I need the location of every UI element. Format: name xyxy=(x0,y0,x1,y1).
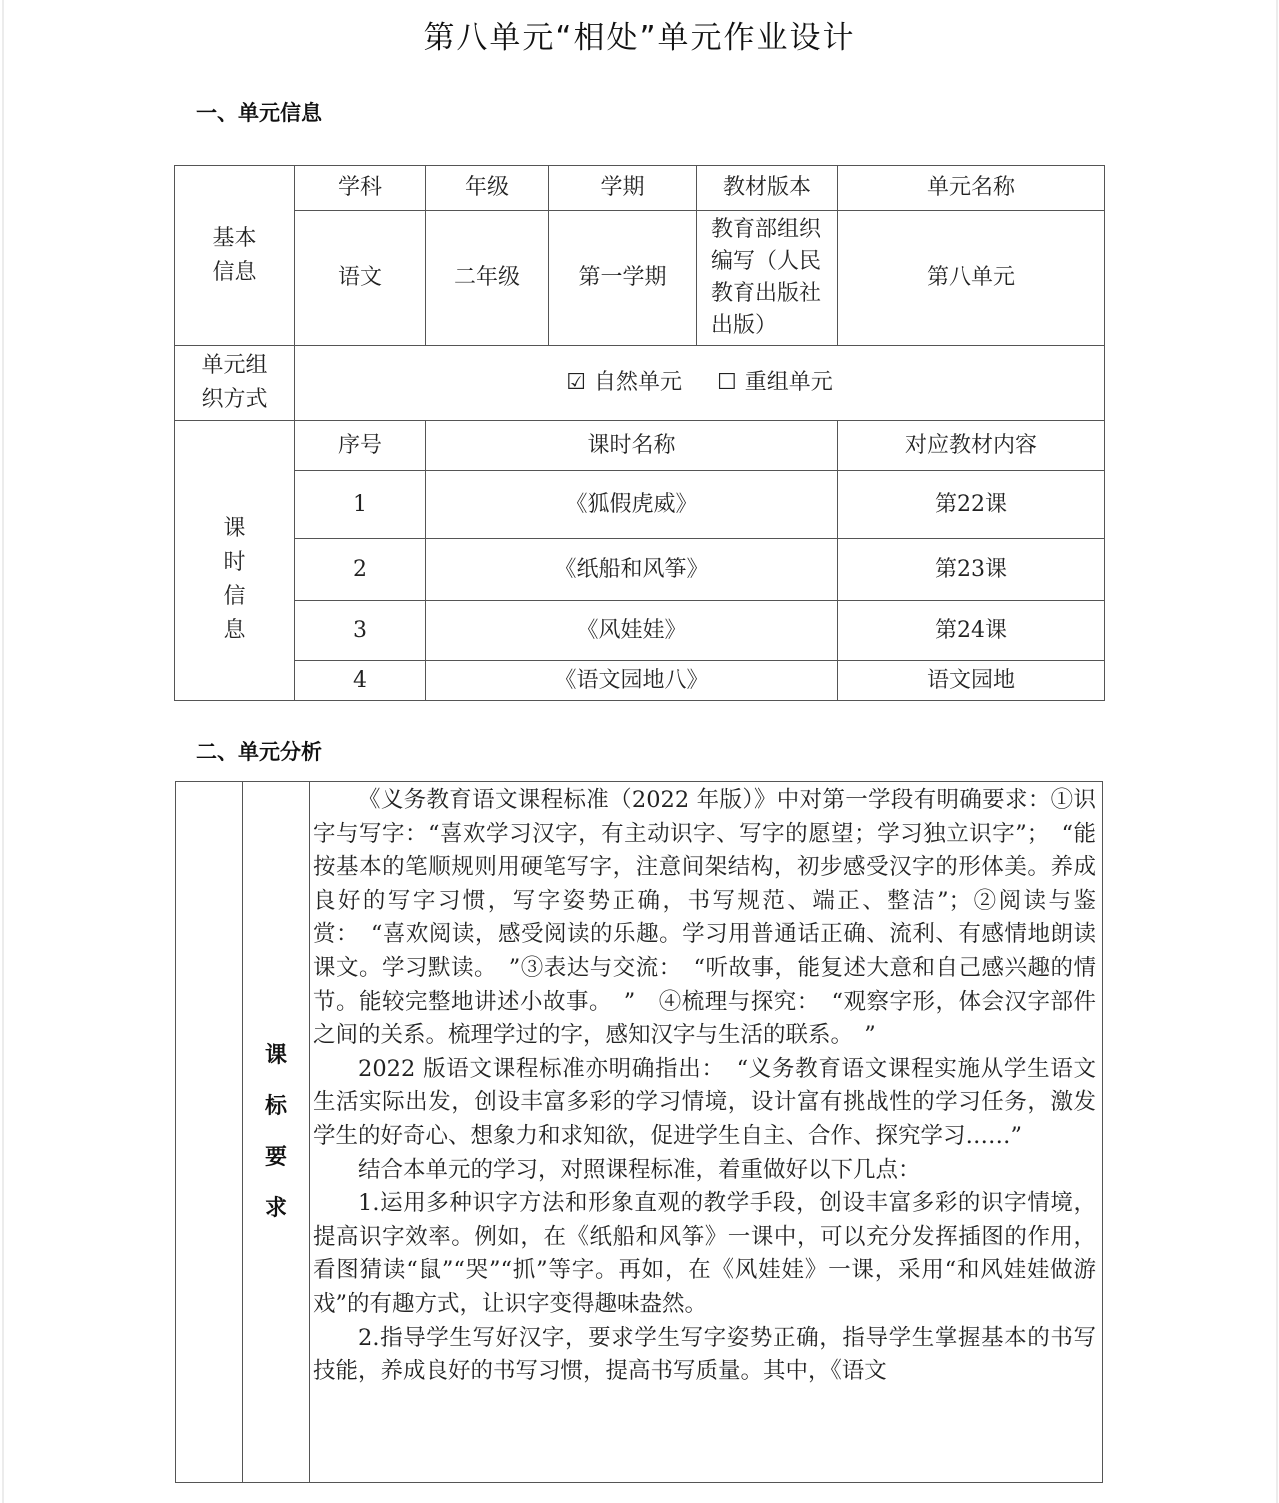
lesson-row: 4 《语文园地八》 语文园地 xyxy=(175,661,1105,701)
header-term: 学期 xyxy=(549,166,697,211)
option-label: 自然单元 xyxy=(594,370,682,395)
lesson-content: 第23课 xyxy=(838,539,1105,601)
lesson-name: 《狐假虎威》 xyxy=(426,471,838,539)
curriculum-requirements-label: 课标要求 xyxy=(243,782,310,1483)
lesson-no: 3 xyxy=(295,601,426,661)
lesson-name: 《纸船和风筝》 xyxy=(426,539,838,601)
section-heading-unit-info: 一、单元信息 xyxy=(196,97,322,127)
lesson-row: 2 《纸船和风筝》 第23课 xyxy=(175,539,1105,601)
header-lesson-no: 序号 xyxy=(295,421,426,471)
lesson-content: 语文园地 xyxy=(838,661,1105,701)
paragraph: 《义务教育语文课程标准（2022 年版）》中对第一学段有明确要求：①识字与写字：… xyxy=(313,784,1096,1053)
lesson-no: 4 xyxy=(295,661,426,701)
value-textbook-edition: 教育部组织编写（人民教育出版社出版） xyxy=(697,211,838,346)
organization-label: 单元组织方式 xyxy=(175,346,295,421)
lesson-name: 《风娃娃》 xyxy=(426,601,838,661)
page-edge-right xyxy=(1276,0,1278,1503)
lesson-no: 2 xyxy=(295,539,426,601)
paragraph: 1.运用多种识字方法和形象直观的教学手段，创设丰富多彩的识字情境，提高识字效率。… xyxy=(313,1187,1096,1321)
header-grade: 年级 xyxy=(426,166,549,211)
header-textbook-content: 对应教材内容 xyxy=(838,421,1105,471)
paragraph: 2022 版语文课程标准亦明确指出： “义务教育语文课程实施从学生语文生活实际出… xyxy=(313,1053,1096,1154)
lesson-no: 1 xyxy=(295,471,426,539)
value-unit-name: 第八单元 xyxy=(838,211,1105,346)
analysis-blank-column xyxy=(176,782,243,1483)
lesson-content: 第24课 xyxy=(838,601,1105,661)
paragraph: 结合本单元的学习，对照课程标准，着重做好以下几点： xyxy=(313,1154,1096,1188)
lesson-content: 第22课 xyxy=(838,471,1105,539)
option-natural-unit[interactable]: ☑自然单元 xyxy=(566,367,682,399)
page-edge-left xyxy=(2,0,4,1503)
value-term: 第一学期 xyxy=(549,211,697,346)
value-grade: 二年级 xyxy=(426,211,549,346)
section-heading-unit-analysis: 二、单元分析 xyxy=(196,736,322,766)
option-label: 重组单元 xyxy=(745,370,833,395)
unit-info-table: 基本信息 学科 年级 学期 教材版本 单元名称 语文 二年级 第一学期 教育部组… xyxy=(174,165,1105,701)
lesson-row: 1 《狐假虎威》 第22课 xyxy=(175,471,1105,539)
header-unit-name: 单元名称 xyxy=(838,166,1105,211)
organization-options: ☑自然单元 ☐重组单元 xyxy=(295,346,1105,421)
curriculum-requirements-text: 《义务教育语文课程标准（2022 年版）》中对第一学段有明确要求：①识字与写字：… xyxy=(310,782,1103,1483)
lesson-row: 3 《风娃娃》 第24课 xyxy=(175,601,1105,661)
option-regrouped-unit[interactable]: ☐重组单元 xyxy=(717,367,833,399)
lesson-info-label: 课时信息 xyxy=(175,421,295,701)
lesson-name: 《语文园地八》 xyxy=(426,661,838,701)
header-textbook-edition: 教材版本 xyxy=(697,166,838,211)
header-lesson-name: 课时名称 xyxy=(426,421,838,471)
value-subject: 语文 xyxy=(295,211,426,346)
paragraph: 2.指导学生写好汉字，要求学生写字姿势正确，指导学生掌握基本的书写技能，养成良好… xyxy=(313,1322,1096,1389)
checkbox-unchecked-icon[interactable]: ☐ xyxy=(717,367,737,399)
document-title: 第八单元“相处”单元作业设计 xyxy=(0,12,1279,57)
header-subject: 学科 xyxy=(295,166,426,211)
checkbox-checked-icon[interactable]: ☑ xyxy=(566,367,586,399)
basic-info-label: 基本信息 xyxy=(175,166,295,346)
unit-analysis-table: 课标要求 《义务教育语文课程标准（2022 年版）》中对第一学段有明确要求：①识… xyxy=(175,781,1103,1483)
